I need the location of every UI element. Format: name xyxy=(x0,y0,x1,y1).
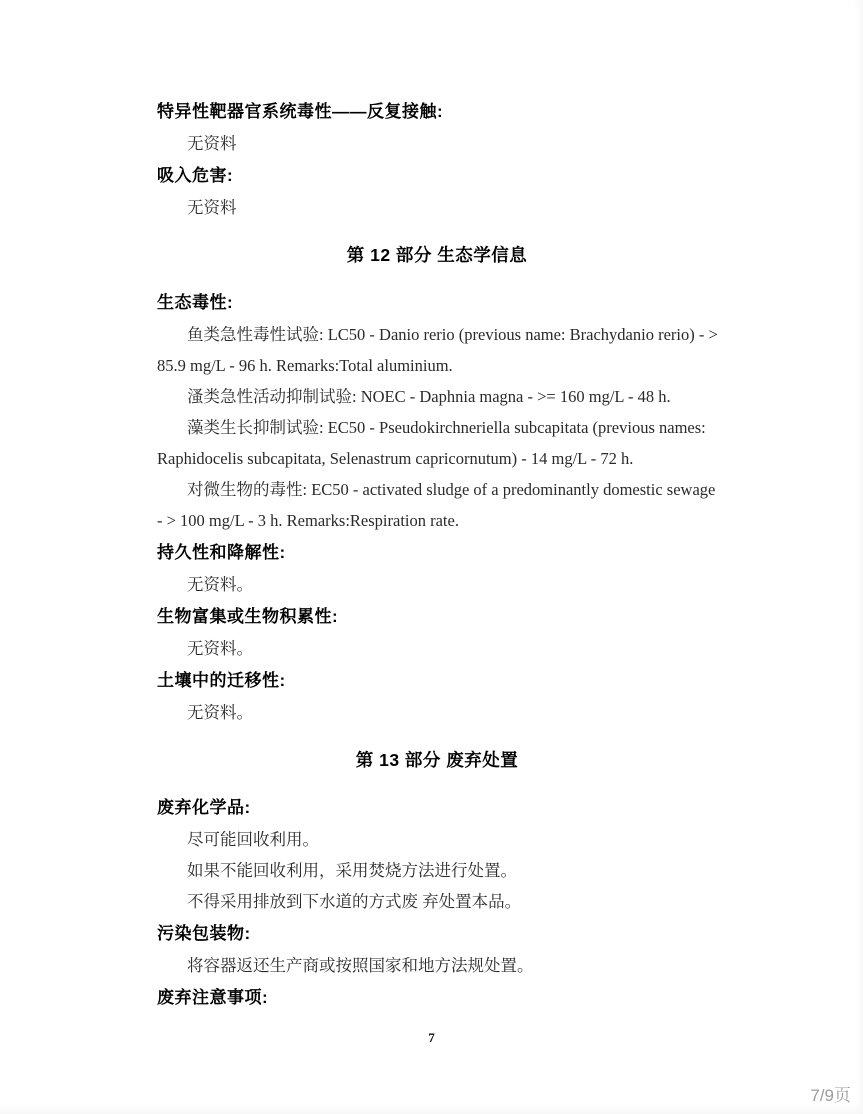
waste-chemicals-line-incinerate: 如果不能回收利用，采用焚烧方法进行处置。 xyxy=(157,855,717,886)
aspiration-hazard-heading: 吸入危害: xyxy=(157,159,717,192)
stot-repeated-value: 无资料 xyxy=(157,128,717,159)
ecotoxicity-heading: 生态毒性: xyxy=(157,286,717,319)
sds-page-content: 特异性靶器官系统毒性——反复接触: 无资料 吸入危害: 无资料 第 12 部分 … xyxy=(157,95,717,1014)
waste-chemicals-heading: 废弃化学品: xyxy=(157,791,717,824)
ecotoxicity-line-microbe-1: 对微生物的毒性: EC50 - activated sludge of a pr… xyxy=(157,474,717,505)
contaminated-packaging-value: 将容器返还生产商或按照国家和地方法规处置。 xyxy=(157,950,717,981)
ecotoxicity-line-fish-2: 85.9 mg/L - 96 h. Remarks:Total aluminiu… xyxy=(157,350,717,381)
ecotoxicity-line-microbe-2: - > 100 mg/L - 3 h. Remarks:Respiration … xyxy=(157,505,717,536)
soil-mobility-heading: 土壤中的迁移性: xyxy=(157,664,717,697)
contaminated-packaging-heading: 污染包装物: xyxy=(157,917,717,950)
aspiration-hazard-value: 无资料 xyxy=(157,192,717,223)
persistence-value: 无资料。 xyxy=(157,569,717,600)
sds-document-page: 特异性靶器官系统毒性——反复接触: 无资料 吸入危害: 无资料 第 12 部分 … xyxy=(0,0,863,1114)
persistence-heading: 持久性和降解性: xyxy=(157,536,717,569)
section-12-title: 第 12 部分 生态学信息 xyxy=(157,239,717,272)
disposal-precautions-heading: 废弃注意事项: xyxy=(157,981,717,1014)
section-13-title: 第 13 部分 废弃处置 xyxy=(157,744,717,777)
viewer-page-indicator: 7/9页 xyxy=(810,1081,851,1106)
waste-chemicals-line-no-sewer: 不得采用排放到下水道的方式废 弃处置本品。 xyxy=(157,886,717,917)
page-number-footer: 7 xyxy=(0,1030,863,1046)
stot-repeated-heading: 特异性靶器官系统毒性——反复接触: xyxy=(157,95,717,128)
ecotoxicity-line-daphnia: 溞类急性活动抑制试验: NOEC - Daphnia magna - >= 16… xyxy=(157,381,717,412)
ecotoxicity-line-fish-1: 鱼类急性毒性试验: LC50 - Danio rerio (previous n… xyxy=(157,319,717,350)
bioaccumulation-value: 无资料。 xyxy=(157,633,717,664)
ecotoxicity-line-algae-2: Raphidocelis subcapitata, Selenastrum ca… xyxy=(157,443,717,474)
soil-mobility-value: 无资料。 xyxy=(157,697,717,728)
waste-chemicals-line-recycle: 尽可能回收利用。 xyxy=(157,824,717,855)
bioaccumulation-heading: 生物富集或生物积累性: xyxy=(157,600,717,633)
ecotoxicity-line-algae-1: 藻类生长抑制试验: EC50 - Pseudokirchneriella sub… xyxy=(157,412,717,443)
